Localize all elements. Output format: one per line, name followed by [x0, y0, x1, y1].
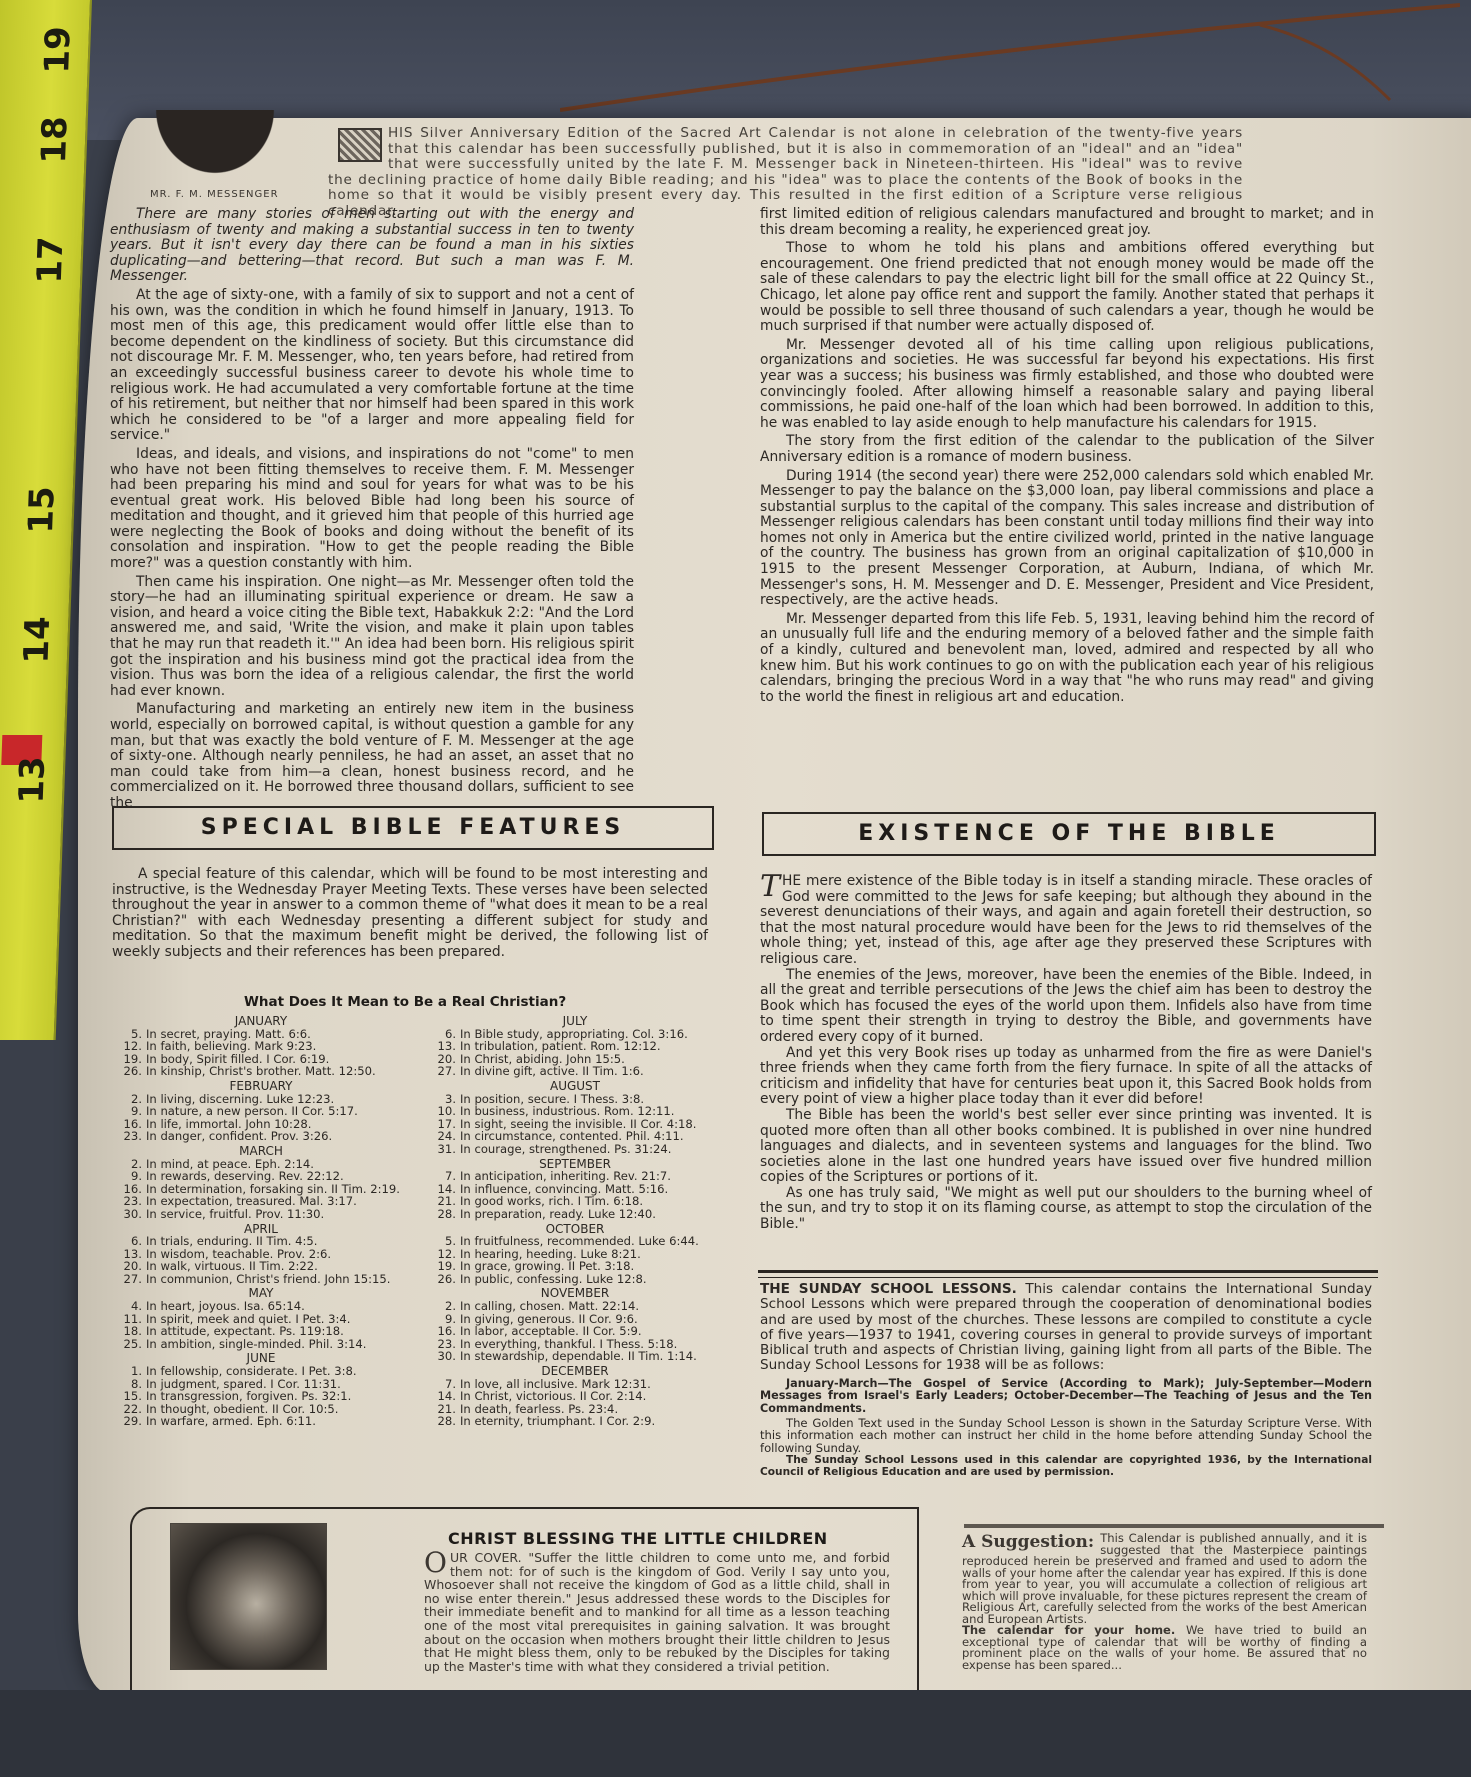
- list-item-day: 26.: [430, 1273, 456, 1286]
- list-item-day: 13.: [430, 1040, 456, 1053]
- sunday-school-lessons: THE SUNDAY SCHOOL LESSONS. This calendar…: [760, 1282, 1372, 1478]
- list-item-day: 30.: [430, 1350, 456, 1363]
- list-item-text: In stewardship, dependable. II Tim. 1:14…: [460, 1349, 697, 1363]
- list-item-text: In kinship, Christ's brother. Matt. 12:5…: [146, 1064, 376, 1078]
- existence-text: THE mere existence of the Bible today is…: [760, 874, 1372, 1233]
- list-item-text: In communion, Christ's friend. John 15:1…: [146, 1272, 390, 1286]
- cover-painting-image: [170, 1523, 327, 1670]
- list-item-day: 31.: [430, 1143, 456, 1156]
- list-item-day: 26.: [116, 1065, 142, 1078]
- suggestion-divider: [964, 1524, 1384, 1528]
- list-item-text: In warfare, armed. Eph. 6:11.: [146, 1414, 316, 1428]
- list-item-day: 19.: [430, 1260, 456, 1273]
- special-features-heading: SPECIAL BIBLE FEATURES: [112, 806, 714, 850]
- portrait-caption: MR. F. M. MESSENGER: [150, 189, 279, 200]
- list-item: 31.In courage, strengthened. Ps. 31:24.: [430, 1143, 720, 1156]
- list-item-day: 5.: [430, 1235, 456, 1248]
- list-item-day: 7.: [430, 1170, 456, 1183]
- story-left-column: There are many stories of men starting o…: [110, 207, 634, 815]
- list-item-day: 23.: [116, 1130, 142, 1143]
- list-item: 27.In divine gift, active. II Tim. 1:6.: [430, 1065, 720, 1078]
- list-item-day: 1.: [116, 1365, 142, 1378]
- section-divider: [758, 1270, 1378, 1278]
- list-item-day: 14.: [430, 1390, 456, 1403]
- list-item-day: 12.: [116, 1040, 142, 1053]
- list-item-day: 27.: [430, 1065, 456, 1078]
- list-item-text: In preparation, ready. Luke 12:40.: [460, 1207, 656, 1221]
- list-item: 30.In service, fruitful. Prov. 11:30.: [116, 1208, 406, 1221]
- special-features-intro: A special feature of this calendar, whic…: [112, 867, 708, 964]
- list-item-text: In ambition, single-minded. Phil. 3:14.: [146, 1337, 366, 1351]
- list-item-text: In eternity, triumphant. I Cor. 2:9.: [460, 1414, 655, 1428]
- list-item-day: 30.: [116, 1208, 142, 1221]
- cover-title: CHRIST BLESSING THE LITTLE CHILDREN: [448, 1529, 828, 1548]
- suggestion-text: A Suggestion: This Calendar is published…: [962, 1533, 1367, 1671]
- hanging-cord: [560, 0, 1460, 120]
- list-item-day: 2.: [430, 1300, 456, 1313]
- prayer-texts-jul-dec: JULY6.In Bible study, appropriating. Col…: [430, 1013, 720, 1428]
- list-item-day: 10.: [430, 1105, 456, 1118]
- list-item-day: 25.: [116, 1338, 142, 1351]
- list-item-text: In courage, strengthened. Ps. 31:24.: [460, 1142, 671, 1156]
- list-item-day: 16.: [430, 1325, 456, 1338]
- list-item-day: 4.: [116, 1300, 142, 1313]
- list-item-day: 29.: [116, 1415, 142, 1428]
- list-item: 26.In kinship, Christ's brother. Matt. 1…: [116, 1065, 406, 1078]
- list-item-day: 9.: [116, 1105, 142, 1118]
- list-item-text: In public, confessing. Luke 12:8.: [460, 1272, 647, 1286]
- list-item-day: 28.: [430, 1415, 456, 1428]
- list-item: 26.In public, confessing. Luke 12:8.: [430, 1273, 720, 1286]
- list-item-day: 18.: [116, 1325, 142, 1338]
- list-item: 30.In stewardship, dependable. II Tim. 1…: [430, 1350, 720, 1363]
- list-item-text: In danger, confident. Prov. 3:26.: [146, 1129, 332, 1143]
- list-item-day: 6.: [116, 1235, 142, 1248]
- list-item-day: 15.: [116, 1390, 142, 1403]
- list-item: 25.In ambition, single-minded. Phil. 3:1…: [116, 1338, 406, 1351]
- list-item: 29.In warfare, armed. Eph. 6:11.: [116, 1415, 406, 1428]
- list-item: 28.In preparation, ready. Luke 12:40.: [430, 1208, 720, 1221]
- prayer-texts-jan-jun: JANUARY5.In secret, praying. Matt. 6:6.1…: [116, 1013, 406, 1428]
- list-item: 27.In communion, Christ's friend. John 1…: [116, 1273, 406, 1286]
- list-item: 23.In danger, confident. Prov. 3:26.: [116, 1130, 406, 1143]
- story-right-column: first limited edition of religious calen…: [760, 207, 1374, 708]
- real-christian-list-title: What Does It Mean to Be a Real Christian…: [244, 994, 566, 1010]
- list-item: 28.In eternity, triumphant. I Cor. 2:9.: [430, 1415, 720, 1428]
- cover-text: OUR COVER. "Suffer the little children t…: [424, 1551, 890, 1673]
- list-item-text: In divine gift, active. II Tim. 1:6.: [460, 1064, 644, 1078]
- list-item-day: 20.: [116, 1260, 142, 1273]
- list-item-day: 28.: [430, 1208, 456, 1221]
- list-item-day: 27.: [116, 1273, 142, 1286]
- list-item-text: In service, fruitful. Prov. 11:30.: [146, 1207, 324, 1221]
- existence-heading: EXISTENCE OF THE BIBLE: [762, 812, 1376, 856]
- list-item-day: 9.: [116, 1170, 142, 1183]
- background-bottom: [0, 1690, 1471, 1777]
